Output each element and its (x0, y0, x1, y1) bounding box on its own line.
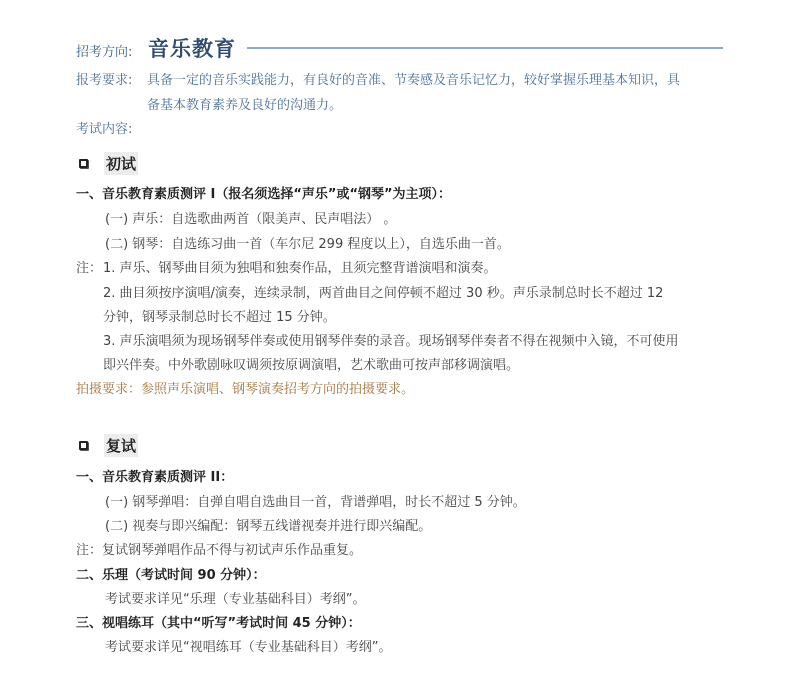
section-title: 复试 (104, 434, 138, 457)
retest-item1-heading: 一、音乐教育素质测评 II： (76, 469, 233, 487)
retest-item2-heading: 二、乐理（考试时间 90 分钟）： (76, 567, 266, 585)
retest-note: 注：复试钢琴弹唱作品不得与初试声乐作品重复。 (76, 542, 362, 560)
retest-item3-body: 考试要求详见“视唱练耳（专业基础科目）考纲”。 (105, 639, 391, 657)
title-divider (247, 47, 723, 49)
prelim-note-3-line1: 3. 声乐演唱须为现场钢琴伴奏或使用钢琴伴奏的录音。现场钢琴伴奏者不得在视频中入… (103, 333, 679, 351)
retest-item1-sub1: (一) 钢琴弹唱：自弹自唱自选曲目一首，背谱弹唱，时长不超过 5 分钟。 (105, 494, 526, 512)
prelim-item1-heading: 一、音乐教育素质测评 I（报名须选择“声乐”或“钢琴”为主项）： (76, 186, 451, 204)
section-preliminary: 初试 (79, 152, 138, 175)
prelim-filming-requirements: 拍摄要求：参照声乐演唱、钢琴演奏招考方向的拍摄要求。 (76, 381, 414, 399)
prelim-note-2-line2: 分钟，钢琴录制总时长不超过 15 分钟。 (103, 309, 336, 327)
direction-label: 招考方向: (76, 41, 132, 60)
section-retest: 复试 (79, 434, 138, 457)
requirements-line-2: 备基本教育素养及良好的沟通力。 (147, 97, 342, 115)
prelim-note-label: 注： (76, 260, 102, 278)
retest-item1-sub2: (二) 视奏与即兴编配：钢琴五线谱视奏并进行即兴编配。 (105, 518, 431, 536)
prelim-item1-sub1: (一) 声乐：自选歌曲两首（限美声、民声唱法） 。 (105, 211, 396, 229)
retest-item3-heading: 三、视唱练耳（其中“听写”考试时间 45 分钟）： (76, 615, 361, 633)
requirements-label: 报考要求: (76, 72, 132, 90)
prelim-item1-sub2: (二) 钢琴：自选练习曲一首（车尔尼 299 程度以上），自选乐曲一首。 (105, 236, 510, 254)
prelim-note-1: 1. 声乐、钢琴曲目须为独唱和独奏作品，且须完整背谱演唱和演奏。 (103, 260, 497, 278)
page-title: 音乐教育 (148, 33, 236, 63)
prelim-note-3-line2: 即兴伴奏。中外歌剧咏叹调须按原调演唱，艺术歌曲可按声部移调演唱。 (103, 357, 519, 375)
checkbox-icon (79, 159, 88, 168)
section-title: 初试 (104, 152, 138, 175)
prelim-note-2-line1: 2. 曲目须按序演唱/演奏，连续录制，两首曲目之间停顿不超过 30 秒。声乐录制… (103, 285, 663, 303)
retest-item2-body: 考试要求详见“乐理（专业基础科目）考纲”。 (105, 591, 365, 609)
content-label: 考试内容: (76, 121, 132, 139)
checkbox-icon (79, 441, 88, 450)
requirements-line-1: 具备一定的音乐实践能力，有良好的音准、节奏感及音乐记忆力，较好掌握乐理基本知识，… (147, 72, 680, 90)
